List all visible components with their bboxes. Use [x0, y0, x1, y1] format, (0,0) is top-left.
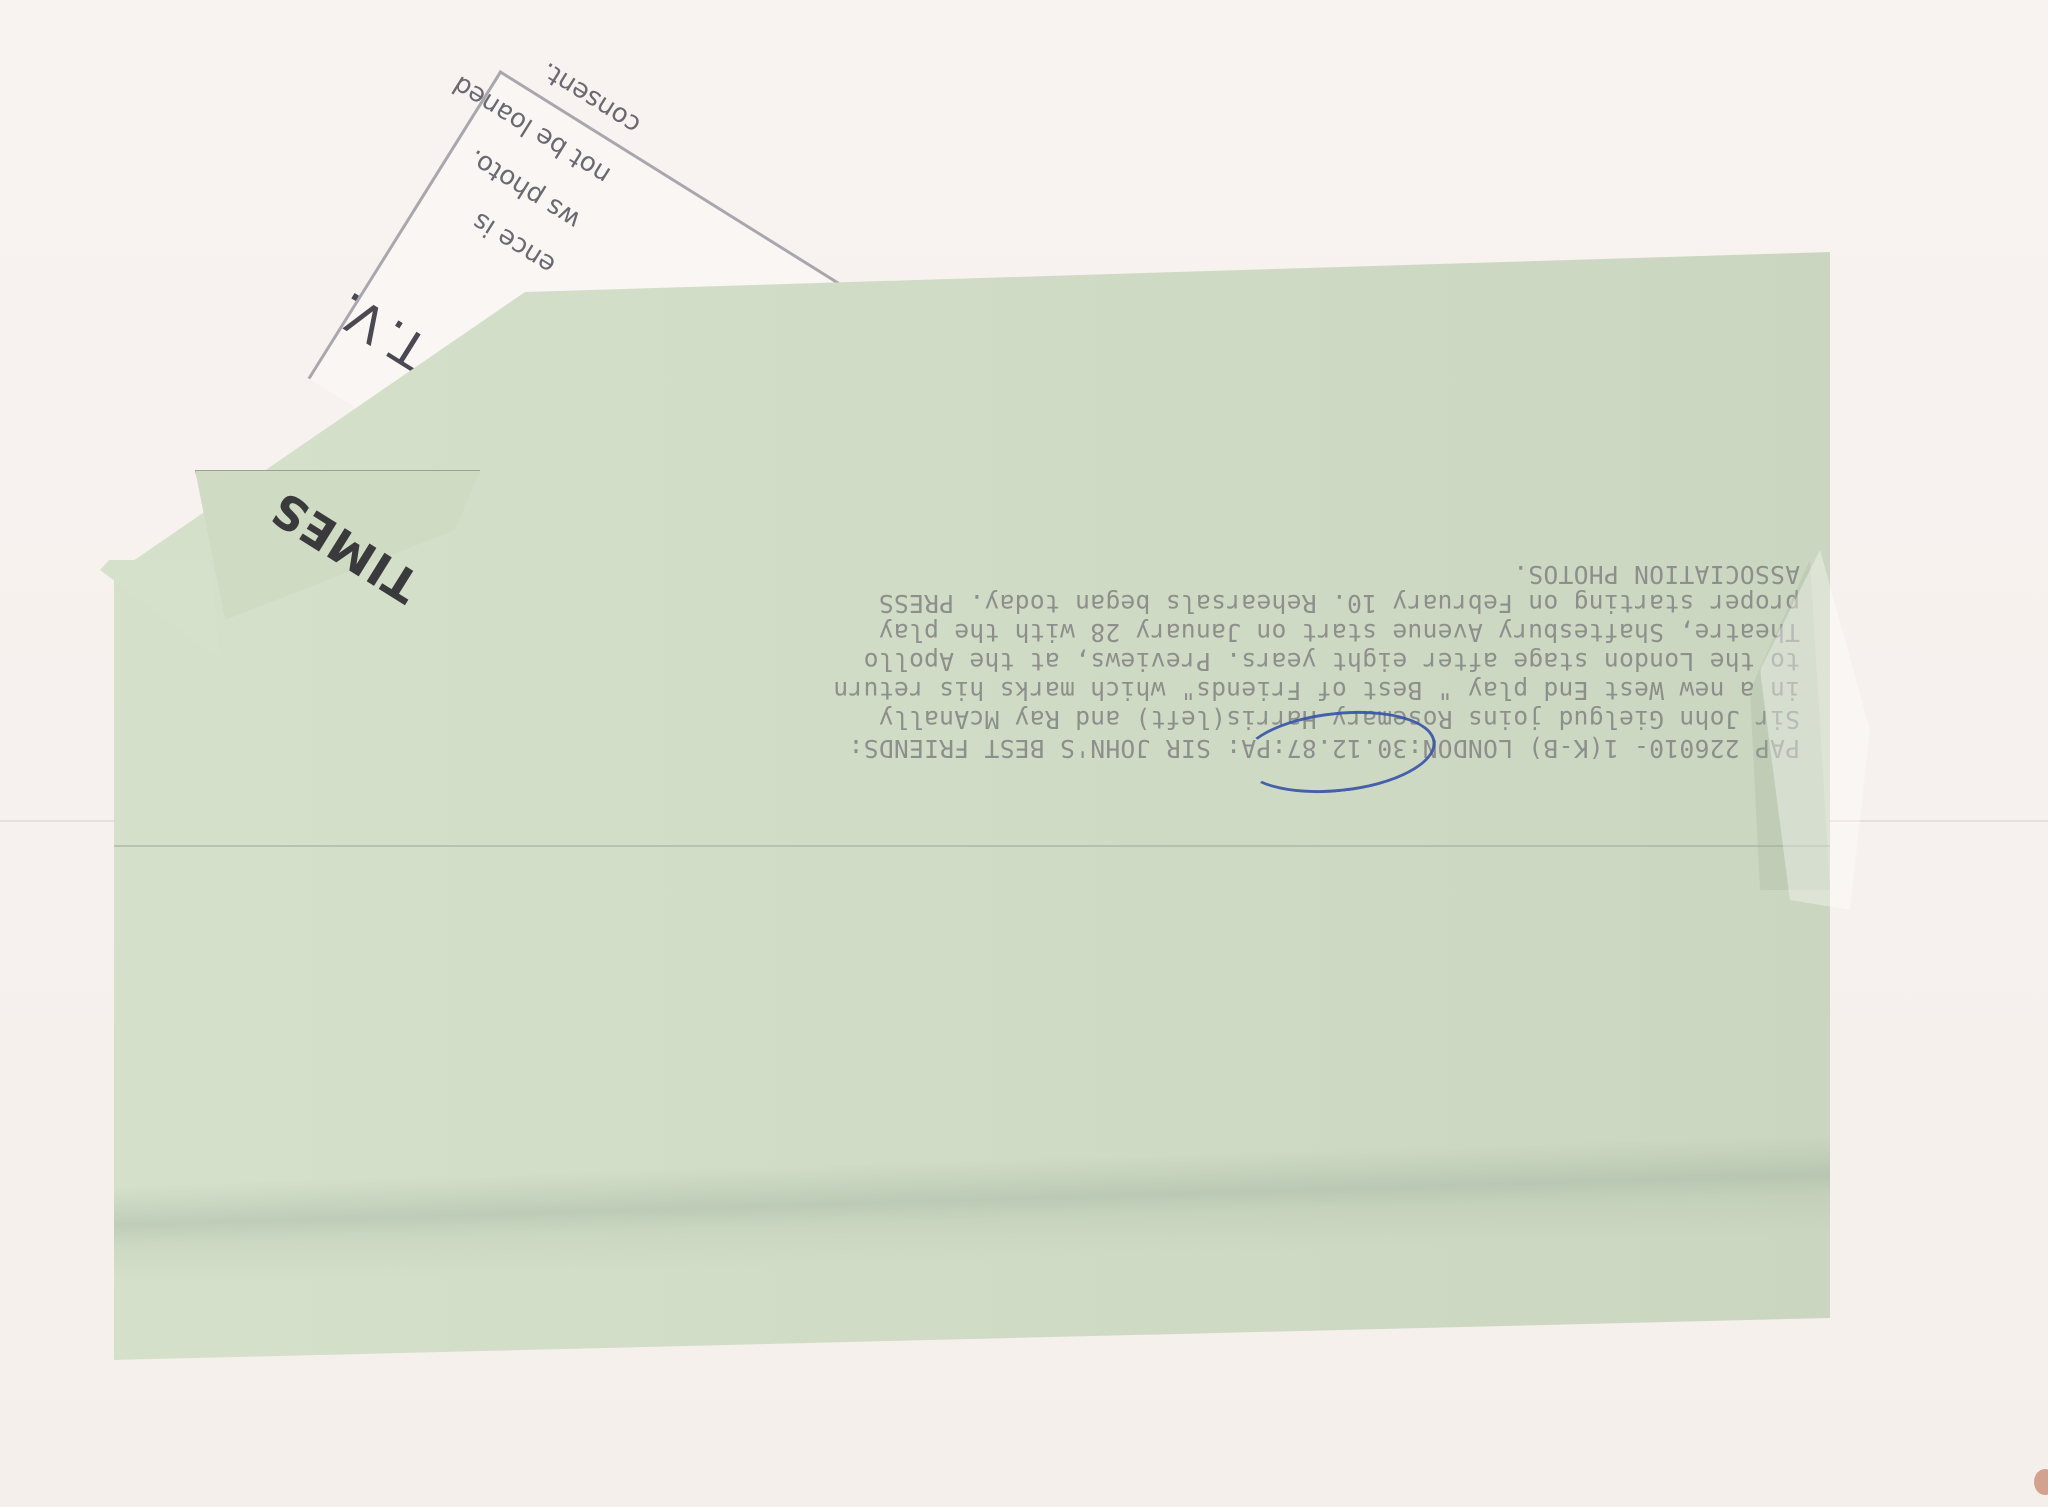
caption-line: PAP 226010- 1(K-B) LONDON:30.12.87:PA: S…: [320, 734, 1800, 763]
caption-line: in a new West End play " Best of Friends…: [320, 676, 1800, 705]
caption-line: Theatre, Shaftesbury Avenue start on Jan…: [320, 618, 1800, 647]
caption-line: proper starting on February 10. Rehearsa…: [320, 589, 1800, 618]
caption-line: ASSOCIATION PHOTOS.: [320, 560, 1800, 589]
typed-caption: PAP 226010- 1(K-B) LONDON:30.12.87:PA: S…: [320, 560, 1800, 763]
slip-rule-line: [114, 845, 1830, 847]
caption-line: Sir John Gielgud joins Rosemary Harris(l…: [320, 705, 1800, 734]
caption-line: to the London stage after eight years. P…: [320, 647, 1800, 676]
